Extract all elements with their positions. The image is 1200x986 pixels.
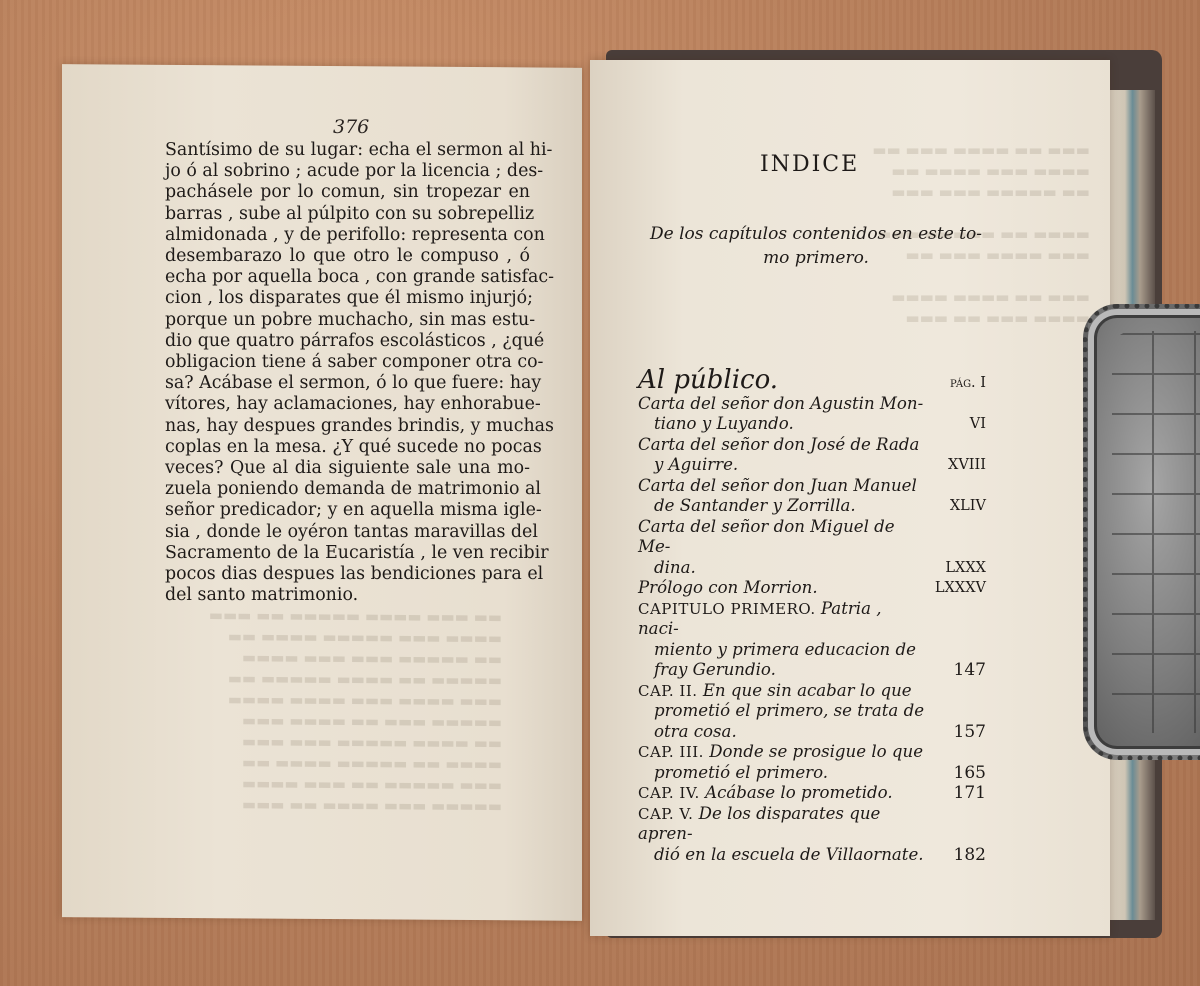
toc-entry: Prólogo con Morrion. LXXXV: [638, 578, 986, 599]
toc-entry-text: Carta del señor don Juan Manuel: [638, 476, 917, 495]
text-line: nas, hay despues grandes brindis, y much…: [165, 416, 530, 437]
toc-page-ref: LXXXV: [935, 578, 986, 599]
text-line: obligacion tiene á saber componer otra c…: [165, 352, 530, 373]
subtitle-line: De los capítulos contenidos en este to-: [646, 222, 986, 246]
toc-entry: Carta del señor don Agustin Mon-tiano y …: [638, 394, 986, 435]
toc-entry-text: Al público.: [638, 365, 778, 395]
toc-entry-text: dina.: [638, 558, 926, 579]
toc-entry-text: otra cosa.: [638, 722, 926, 743]
toc-page-ref: 157: [954, 722, 986, 743]
toc-entry: CAP. III. Donde se prosigue lo quepromet…: [638, 742, 986, 783]
toc-page-ref: VI: [970, 414, 986, 435]
toc-page-ref: XVIII: [948, 455, 986, 476]
toc-page-ref: pág. I: [950, 373, 986, 394]
text-line: pachásele por lo comun, sin tropezar en: [165, 182, 530, 203]
chapter-label: CAP. IV.: [638, 784, 700, 802]
text-line: dio que quatro párrafos escolásticos , ¿…: [165, 331, 530, 352]
toc-entry: CAPITULO PRIMERO. Patria , naci-miento y…: [638, 599, 986, 681]
toc-page-ref: LXXX: [945, 558, 986, 579]
toc-entry: Al público. pág. I: [638, 370, 986, 394]
toc-entry-text: Prólogo con Morrion.: [638, 578, 818, 597]
text-line: pocos dias despues las bendiciones para …: [165, 564, 530, 585]
text-line: Santísimo de su lugar: echa el sermon al…: [165, 140, 530, 161]
text-line: señor predicador; y en aquella misma igl…: [165, 500, 530, 521]
index-title: INDICE: [760, 152, 859, 177]
subtitle-line: mo primero.: [646, 246, 986, 270]
chapter-label: CAP. III.: [638, 743, 704, 761]
text-line: coplas en la mesa. ¿Y qué sucede no poca…: [165, 437, 530, 458]
clasp-embossed-pattern: [1112, 331, 1200, 733]
text-line: sa? Acábase el sermon, ó lo que fuere: h…: [165, 373, 530, 394]
toc-entry: CAP. II. En que sin acabar lo queprometi…: [638, 681, 986, 743]
toc-entry-text: Donde se prosigue lo que: [709, 742, 923, 761]
toc-entry-text: de Santander y Zorrilla.: [638, 496, 926, 517]
toc-page-ref: 147: [954, 660, 986, 681]
toc-page-ref: 182: [954, 845, 986, 866]
text-line: almidonada , y de perifollo: representa …: [165, 225, 530, 246]
page-number: 376: [333, 116, 369, 138]
toc-entry-text: prometió el primero.: [638, 763, 926, 784]
text-line: del santo matrimonio.: [165, 585, 530, 606]
toc-entry: Carta del señor don Miguel de Me-dina. L…: [638, 517, 986, 579]
metal-book-clasp: [1083, 304, 1200, 760]
text-line: sia , donde le oyéron tantas maravillas …: [165, 522, 530, 543]
toc-entry-text: dió en la escuela de Villaornate.: [638, 845, 926, 866]
toc-entry-text: Carta del señor don Agustin Mon-: [638, 394, 923, 413]
toc-entry: CAP. IV. Acábase lo prometido. 171: [638, 783, 986, 804]
chapter-label: CAP. II.: [638, 682, 698, 700]
toc-entry-text: Acábase lo prometido.: [705, 783, 893, 802]
toc-entry: Carta del señor don José de Raday Aguirr…: [638, 435, 986, 476]
toc-page-ref: 165: [954, 763, 986, 784]
toc-entry-text: Carta del señor don José de Rada: [638, 435, 919, 454]
bleed-through-text: ▬▬ ▬▬▬ ▬▬▬▬ ▬▬▬▬▬ ▬▬ ▬▬▬▬▬▬▬ ▬▬▬ ▬▬▬▬▬ ▬…: [162, 605, 502, 817]
toc-page-ref: 171: [954, 783, 986, 804]
left-page-body-text: Santísimo de su lugar: echa el sermon al…: [165, 140, 530, 606]
text-line: Sacramento de la Eucaristía , le ven rec…: [165, 543, 530, 564]
text-line: porque un pobre muchacho, sin mas estu-: [165, 310, 530, 331]
toc-entry-text: fray Gerundio.: [638, 660, 926, 681]
toc-entry-text: prometió el primero, se trata de: [638, 701, 926, 722]
text-line: zuela poniendo demanda de matrimonio al: [165, 479, 530, 500]
text-line: desembarazo lo que otro le compuso , ó: [165, 246, 530, 267]
toc-entry-text: En que sin acabar lo que: [703, 681, 912, 700]
toc-entry-text: miento y primera educacion de: [638, 640, 926, 661]
table-of-contents: Al público. pág. I Carta del señor don A…: [638, 370, 986, 865]
text-line: vítores, hay aclamaciones, hay enhorabue…: [165, 394, 530, 415]
chapter-label: CAPITULO PRIMERO.: [638, 600, 816, 618]
text-line: barras , sube al púlpito con su sobrepel…: [165, 204, 530, 225]
text-line: cion , los disparates que él mismo injur…: [165, 288, 530, 309]
toc-entry-text: tiano y Luyando.: [638, 414, 926, 435]
toc-entry-text: Carta del señor don Miguel de Me-: [638, 517, 895, 557]
text-line: echa por aquella boca , con grande satis…: [165, 267, 530, 288]
text-line: veces? Que al dia siguiente sale una mo-: [165, 458, 530, 479]
toc-entry-text: y Aguirre.: [638, 455, 926, 476]
text-line: jo ó al sobrino ; acude por la licencia …: [165, 161, 530, 182]
toc-entry: CAP. V. De los disparates que apren-dió …: [638, 804, 986, 866]
toc-page-ref: XLIV: [950, 496, 986, 517]
toc-entry: Carta del señor don Juan Manuelde Santan…: [638, 476, 986, 517]
chapter-label: CAP. V.: [638, 805, 693, 823]
index-subtitle: De los capítulos contenidos en este to- …: [646, 222, 986, 270]
